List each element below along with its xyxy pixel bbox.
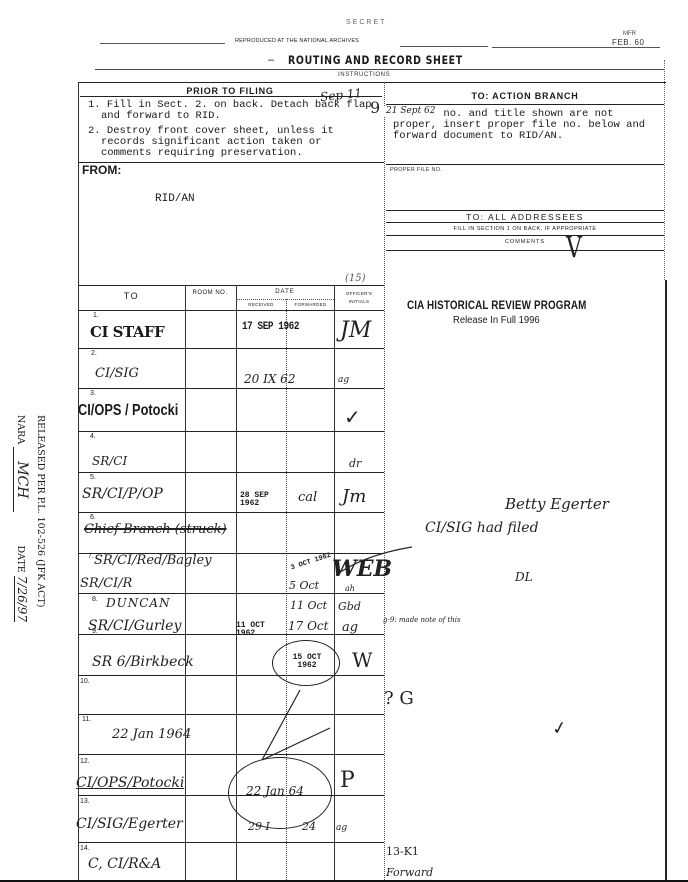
frame-right-dotted bbox=[664, 60, 665, 280]
nara-label: NARA bbox=[15, 415, 26, 444]
row-number: 6. bbox=[90, 514, 96, 521]
corner-note: (15) bbox=[345, 273, 366, 284]
divider bbox=[78, 162, 384, 163]
divider bbox=[386, 164, 664, 165]
review-stamp-line2: Release In Full 1996 bbox=[453, 314, 540, 326]
classification-marking: SECRET bbox=[346, 19, 386, 26]
row-initials: JM bbox=[340, 318, 371, 343]
row-forwarded: 11 Oct bbox=[290, 599, 327, 612]
row-line bbox=[78, 675, 384, 676]
review-stamp-line1: CIA HISTORICAL REVIEW PROGRAM bbox=[407, 298, 587, 312]
nara-initials: MCH bbox=[13, 447, 30, 512]
row-received: 22 Jan 64 bbox=[246, 784, 304, 798]
divider bbox=[78, 82, 666, 83]
col-divider bbox=[185, 285, 186, 882]
row-initials: W bbox=[352, 648, 373, 672]
row-forwarded: 15 OCT 1962 bbox=[290, 654, 324, 670]
row-line bbox=[78, 348, 384, 349]
comment-note: Forward bbox=[386, 866, 433, 879]
row-number: 8. bbox=[92, 596, 98, 603]
row-to: 22 Jan 1964 bbox=[112, 727, 191, 742]
row-to: SR 6/Birkbeck bbox=[92, 654, 194, 670]
all-addressees-heading: TO: ALL ADDRESSEES bbox=[386, 212, 664, 222]
row-received: 17 SEP 1962 bbox=[242, 321, 299, 333]
form-number: MFR bbox=[623, 31, 636, 37]
row-to: CI/OPS/Potocki bbox=[76, 775, 184, 791]
row-initials: ✓ bbox=[344, 405, 361, 429]
col-header-date: DATE bbox=[236, 289, 334, 295]
divider bbox=[95, 69, 665, 70]
row-number: 12. bbox=[80, 758, 90, 765]
row-number: 10. bbox=[80, 678, 90, 685]
row-line bbox=[78, 512, 384, 513]
from-value: RID/AN bbox=[155, 193, 195, 205]
fill-section-note: FILL IN SECTION 1 ON BACK, IF APPROPRIAT… bbox=[386, 226, 664, 232]
row-initials: P bbox=[340, 768, 355, 793]
row-line bbox=[78, 842, 384, 843]
row-to: SR/CI/Gurley bbox=[88, 618, 181, 634]
frame-right bbox=[665, 280, 667, 882]
row-initials: ah bbox=[345, 584, 355, 593]
date-value: 7/26/97 bbox=[14, 576, 29, 622]
divider bbox=[386, 235, 664, 236]
check-mark: V bbox=[566, 232, 582, 265]
comment-note: 13-K1 bbox=[386, 845, 419, 858]
release-stamp: RELEASED PER P.L. 102-526 (JFK ACT) NARA… bbox=[10, 415, 50, 715]
row-received: 29 I bbox=[248, 820, 270, 833]
divider bbox=[100, 43, 225, 44]
dash-mark: – bbox=[268, 54, 274, 66]
divider bbox=[386, 210, 664, 211]
col-header-forwarded: FORWARDED bbox=[287, 302, 334, 307]
form-title: ROUTING AND RECORD SHEET bbox=[288, 53, 463, 67]
reproduced-notice: REPRODUCED AT THE NATIONAL ARCHIVES bbox=[235, 38, 359, 44]
comment-note: CI/SIG had filed bbox=[425, 520, 539, 536]
row-forwarded: cal bbox=[298, 490, 317, 505]
row-to: CI/OPS / Potocki bbox=[78, 402, 178, 420]
col-header-to: TO bbox=[78, 291, 185, 301]
row-to: C, CI/R&A bbox=[88, 856, 161, 872]
row-to-struck: Chief Branch (struck) bbox=[84, 522, 227, 537]
row-line bbox=[78, 593, 384, 594]
row-initials: dr bbox=[349, 457, 361, 470]
date-label: DATE bbox=[15, 546, 26, 573]
handwritten-date-note: 21 Sept 62 bbox=[384, 106, 438, 116]
row-forwarded: 17 Oct bbox=[288, 619, 328, 633]
col-header-received: RECEIVED bbox=[236, 302, 286, 307]
arrow-line bbox=[240, 690, 340, 770]
row-received: 20 IX 62 bbox=[244, 372, 295, 386]
row-initials: Gbd bbox=[338, 600, 361, 613]
row-to: CI/SIG bbox=[95, 366, 139, 381]
handwritten-number: 9 bbox=[370, 98, 380, 117]
comment-note: Betty Egerter bbox=[505, 495, 609, 513]
comments-label: COMMENTS bbox=[386, 239, 664, 245]
col-header-initials: OFFICER'S INITIALS bbox=[336, 290, 382, 306]
divider bbox=[386, 222, 664, 223]
divider bbox=[400, 46, 488, 47]
frame-left bbox=[78, 82, 79, 882]
row-to: CI STAFF bbox=[90, 323, 164, 341]
row-line bbox=[78, 388, 384, 389]
row-number: 5. bbox=[90, 474, 96, 481]
row-line bbox=[78, 472, 384, 473]
row-to: SR/CI/R bbox=[80, 576, 132, 591]
row-number: 13. bbox=[80, 798, 90, 805]
row-number: 14. bbox=[80, 845, 90, 852]
from-label: FROM: bbox=[82, 163, 121, 177]
proper-file-label: PROPER FILE NO. bbox=[390, 167, 442, 173]
form-date: FEB. 60 bbox=[612, 38, 644, 47]
row-to: SR/CI bbox=[92, 454, 127, 468]
row-number: 2. bbox=[91, 350, 97, 357]
row-initials: ag bbox=[336, 823, 347, 833]
release-line-1: RELEASED PER P.L. 102-526 (JFK ACT) bbox=[35, 415, 46, 608]
center-divider bbox=[384, 82, 385, 882]
row-initials: ag bbox=[342, 620, 358, 635]
row-received: 11 OCT 1962 bbox=[236, 622, 282, 638]
release-line-2: NARA MCH DATE 7/26/97 bbox=[14, 415, 30, 622]
divider bbox=[386, 104, 664, 105]
row-forwarded: 3 OCT 1962 bbox=[290, 552, 332, 573]
divider bbox=[236, 299, 334, 300]
instruction-item-1: 1. Fill in Sect. 2. on back. Detach back… bbox=[88, 100, 376, 122]
row-forwarded: 24 bbox=[302, 820, 316, 833]
header-bottom bbox=[78, 310, 384, 311]
comment-note: DL bbox=[515, 570, 533, 584]
row-number: 4. bbox=[90, 433, 96, 440]
row-initials: ag bbox=[338, 375, 349, 385]
comment-note: g-9: made note of this bbox=[383, 616, 503, 624]
row-number: 7. bbox=[88, 553, 94, 560]
divider bbox=[386, 250, 664, 251]
col-header-room: ROOM NO. bbox=[190, 289, 230, 298]
row-forwarded: 5 Oct bbox=[289, 579, 319, 592]
row-line bbox=[78, 634, 384, 635]
row-number: 11. bbox=[82, 716, 91, 723]
row-initials: Jm bbox=[342, 486, 366, 507]
comment-note: ? G bbox=[384, 688, 414, 709]
row-to: CI/SIG/Egerter bbox=[76, 816, 183, 832]
row-received: 28 SEP 1962 bbox=[240, 492, 284, 508]
row-number: 3. bbox=[90, 390, 96, 397]
row-to: SR/CI/Red/Bagley bbox=[94, 553, 212, 568]
check-mark: ✓ bbox=[550, 717, 569, 740]
table-top bbox=[78, 285, 384, 286]
row-number: 1. bbox=[93, 312, 99, 319]
instructions-label: INSTRUCTIONS bbox=[338, 72, 390, 78]
row-to: DUNCAN bbox=[106, 596, 171, 610]
row-to: SR/CI/P/OP bbox=[82, 486, 163, 502]
instruction-item-2: 2. Destroy front cover sheet, unless it … bbox=[88, 126, 376, 159]
pointer-stroke bbox=[334, 545, 424, 585]
action-branch-heading: TO: ACTION BRANCH bbox=[386, 91, 664, 101]
row-line bbox=[78, 431, 384, 432]
divider bbox=[492, 47, 660, 48]
